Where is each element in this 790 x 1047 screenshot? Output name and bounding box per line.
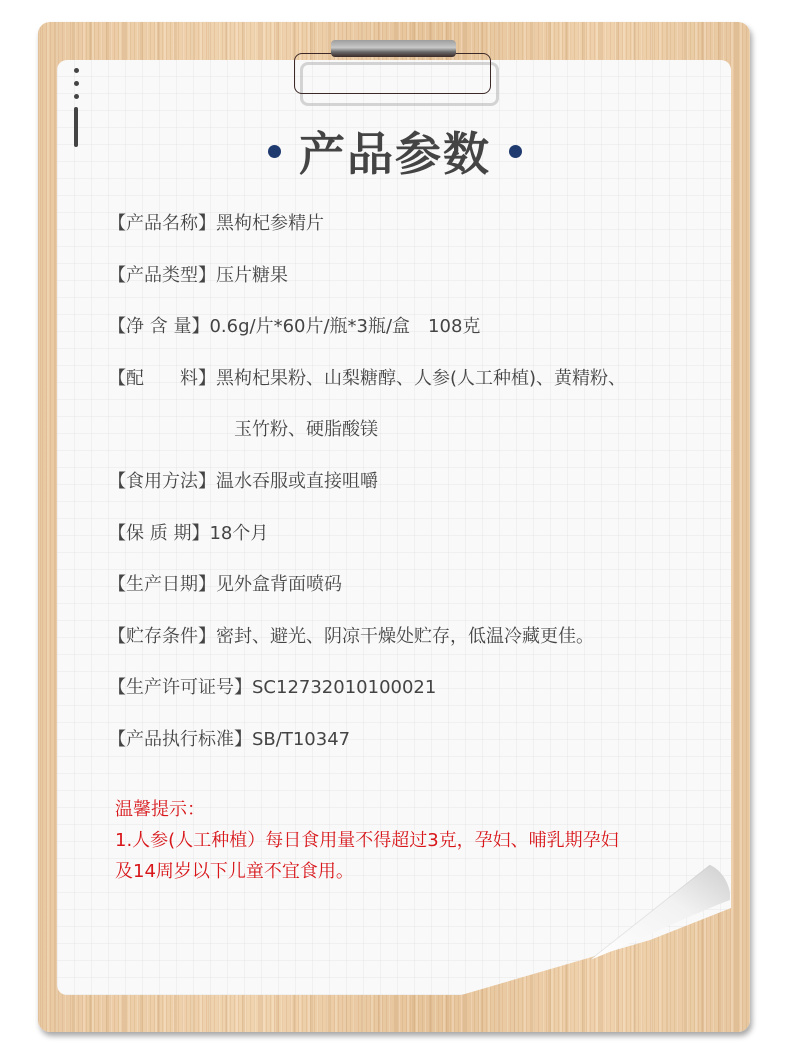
- param-row-usage: 【食用方法】温水吞服或直接咀嚼: [108, 467, 708, 519]
- param-row-net-weight: 【净 含 量】0.6g/片*60片/瓶*3瓶/盒 108克: [108, 312, 708, 364]
- param-label: 【产品名称】: [108, 213, 216, 234]
- warning-line-2: 及14周岁以下儿童不宜食用。: [115, 856, 715, 887]
- clip-bar: [331, 40, 456, 57]
- param-value: 温水吞服或直接咀嚼: [216, 471, 378, 492]
- param-value: 18个月: [209, 523, 268, 544]
- param-value: 密封、避光、阴凉干燥处贮存，低温冷藏更佳。: [216, 626, 594, 647]
- warning-notice: 温馨提示： 1.人参(人工种植）每日食用量不得超过3克，孕妇、哺乳期孕妇 及14…: [115, 794, 715, 887]
- param-value: 玉竹粉、硬脂酸镁: [234, 419, 378, 440]
- param-label: 【生产许可证号】: [108, 677, 252, 698]
- param-row-shelf-life: 【保 质 期】18个月: [108, 519, 708, 571]
- binder-dot: [74, 81, 79, 86]
- param-row-type: 【产品类型】压片糖果: [108, 261, 708, 313]
- param-label: 【食用方法】: [108, 471, 216, 492]
- param-row-standard: 【产品执行标准】SB/T10347: [108, 725, 708, 777]
- binder-dot: [74, 68, 79, 73]
- param-row-ingredients-cont: 玉竹粉、硬脂酸镁: [108, 415, 708, 467]
- param-label: 【生产日期】: [108, 574, 216, 595]
- bullet-dot-icon: [509, 145, 522, 158]
- param-label: 【产品类型】: [108, 265, 216, 286]
- param-row-production-date: 【生产日期】见外盒背面喷码: [108, 570, 708, 622]
- binder-dot: [74, 94, 79, 99]
- param-value: 0.6g/片*60片/瓶*3瓶/盒 108克: [209, 316, 480, 337]
- param-row-license: 【生产许可证号】SC12732010100021: [108, 673, 708, 725]
- param-row-name: 【产品名称】黑枸杞参精片: [108, 209, 708, 261]
- clip-ring: [294, 53, 491, 94]
- param-label: 【产品执行标准】: [108, 729, 252, 750]
- param-value: 黑枸杞参精片: [216, 213, 324, 234]
- param-value: SC12732010100021: [252, 677, 436, 698]
- param-label: 【配 料】: [108, 368, 216, 389]
- param-label: 【保 质 期】: [108, 523, 209, 544]
- product-params-list: 【产品名称】黑枸杞参精片 【产品类型】压片糖果 【净 含 量】0.6g/片*60…: [108, 209, 708, 777]
- param-value: SB/T10347: [252, 729, 350, 750]
- param-value: 压片糖果: [216, 265, 288, 286]
- warning-line-1: 1.人参(人工种植）每日食用量不得超过3克，孕妇、哺乳期孕妇: [115, 825, 715, 856]
- warning-heading: 温馨提示：: [115, 794, 715, 825]
- bullet-dot-icon: [268, 145, 281, 158]
- page-title: 产品参数: [0, 118, 790, 184]
- title-text: 产品参数: [299, 118, 491, 184]
- param-value: 黑枸杞果粉、山梨糖醇、人参(人工种植)、黄精粉、: [216, 368, 626, 389]
- param-row-storage: 【贮存条件】密封、避光、阴凉干燥处贮存，低温冷藏更佳。: [108, 622, 708, 674]
- param-label: 【贮存条件】: [108, 626, 216, 647]
- param-label: 【净 含 量】: [108, 316, 209, 337]
- param-row-ingredients: 【配 料】黑枸杞果粉、山梨糖醇、人参(人工种植)、黄精粉、: [108, 364, 708, 416]
- param-value: 见外盒背面喷码: [216, 574, 342, 595]
